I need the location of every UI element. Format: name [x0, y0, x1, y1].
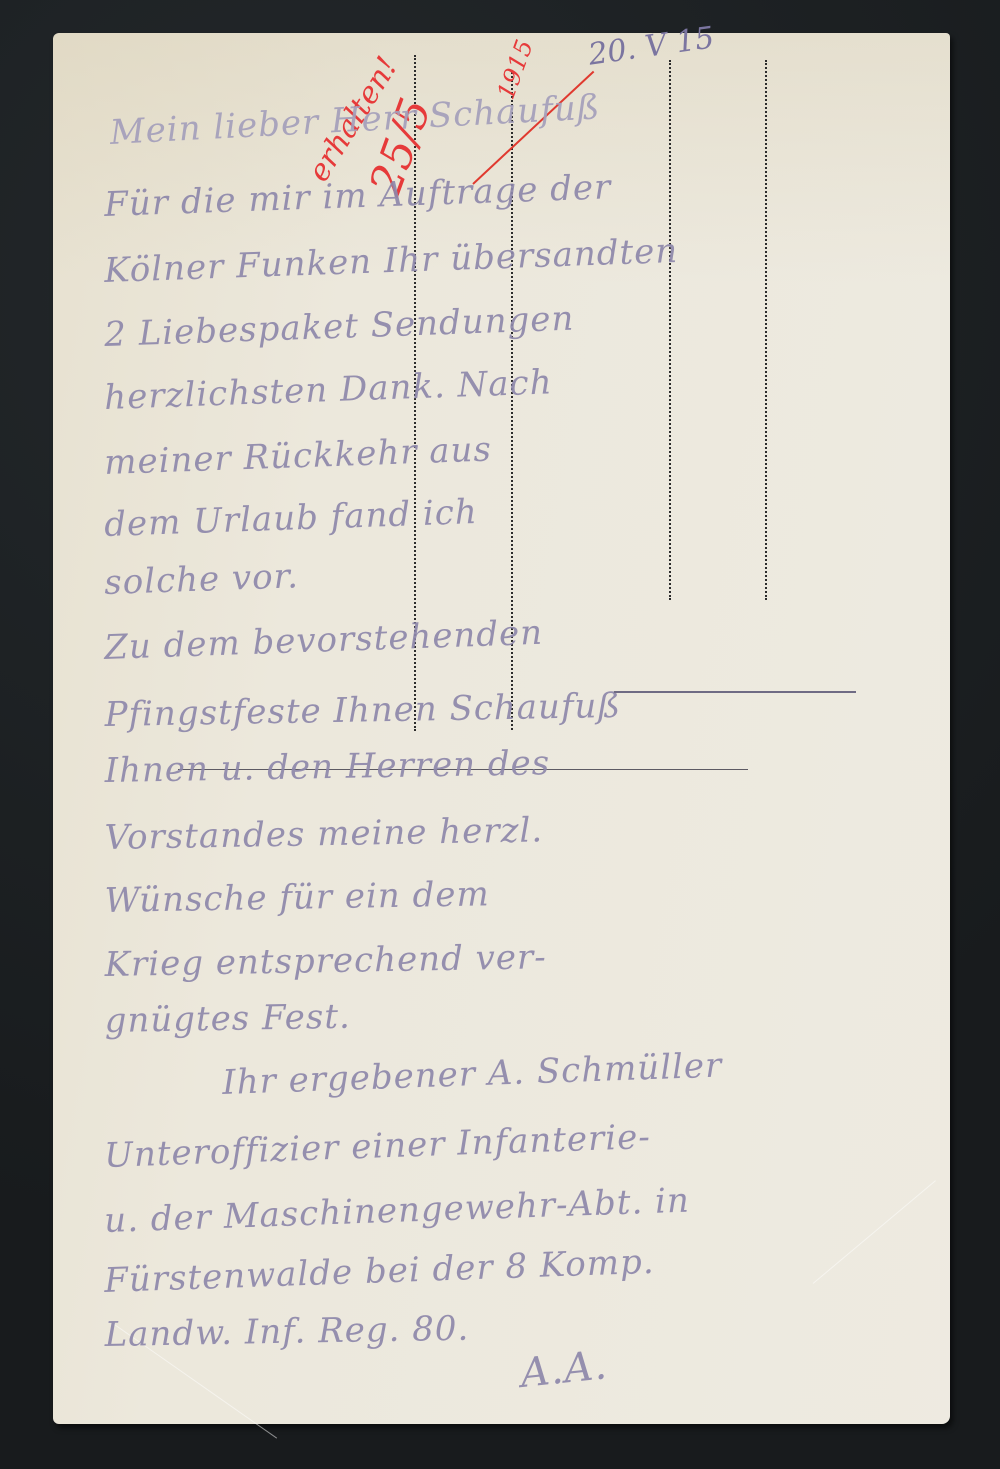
- body-line: Kölner Funken Ihr übersandten: [104, 231, 679, 291]
- body-line: gnügtes Fest.: [104, 997, 351, 1041]
- postcard: 20. V 15 erhalten! 25/5 1915 Mein lieber…: [53, 33, 950, 1424]
- initials: A.A.: [518, 1342, 610, 1397]
- body-line: 2 Liebespaket Sendungen: [104, 299, 575, 355]
- dashed-divider-line: [669, 60, 671, 600]
- signature-line: u. der Maschinengewehr-Abt. in: [104, 1181, 691, 1241]
- signature-name: Ihr ergebener A. Schmüller: [222, 1046, 723, 1103]
- body-line: Pfingstfeste Ihnen Schaufuß: [104, 686, 621, 735]
- signature-line: Fürstenwalde bei der 8 Komp.: [104, 1242, 656, 1301]
- body-line: Ihnen u. den Herren des: [104, 743, 550, 791]
- body-line: Für die mir im Auftrage der: [104, 167, 612, 225]
- body-line: Krieg entsprechend ver-: [104, 937, 547, 985]
- body-line: Wünsche für ein dem: [104, 874, 490, 921]
- strikethrough-mark: [614, 691, 856, 693]
- letter-date: 20. V 15: [586, 20, 716, 72]
- body-line: solche vor.: [104, 556, 300, 603]
- body-line: Zu dem bevorstehenden: [104, 613, 544, 668]
- body-line: herzlichsten Dank. Nach: [104, 362, 554, 418]
- signature-line: Unteroffizier einer Infanterie-: [104, 1117, 652, 1176]
- body-line: meiner Rückkehr aus: [104, 429, 493, 483]
- signature-line: Landw. Inf. Reg. 80.: [104, 1309, 469, 1355]
- paper-crease: [813, 1180, 936, 1284]
- dashed-divider-line: [765, 60, 767, 600]
- body-line: dem Urlaub fand ich: [104, 492, 479, 545]
- body-line: Vorstandes meine herzl.: [104, 810, 543, 858]
